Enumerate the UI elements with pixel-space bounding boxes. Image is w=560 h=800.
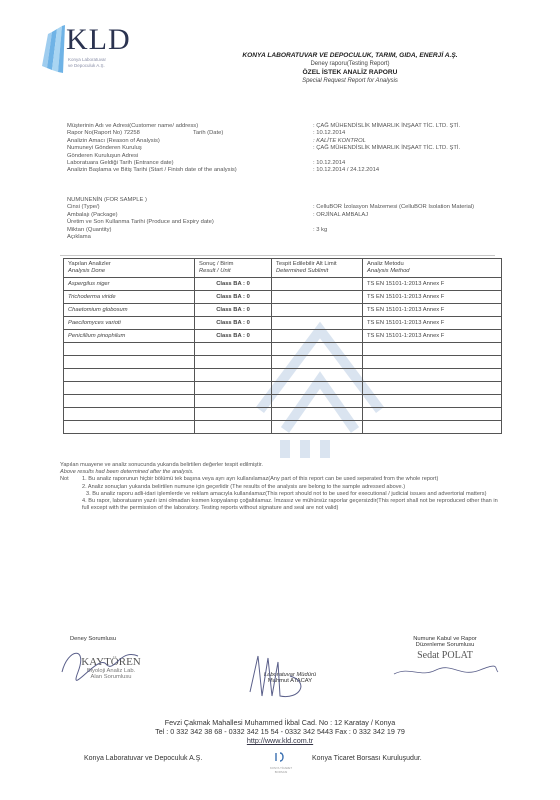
info-value-customer: : ÇAĞ MÜHENDİSLİK MİMARLIK İNŞAAT TİC. L… [313, 123, 533, 130]
signature-sample-acceptance: Numune Kabul ve Rapor Düzenleme Sorumlus… [390, 636, 500, 661]
empty-cell [64, 356, 195, 369]
info-label-sender: Numuneyi Gönderen Kuruluş [67, 145, 287, 152]
company-logo: KLD Konya Laboratuvar ve Depoculuk A.Ş. [38, 22, 148, 77]
sublimit-cell [272, 317, 363, 330]
notes-label: Not [60, 476, 69, 483]
empty-cell [272, 395, 363, 408]
empty-cell [272, 369, 363, 382]
col-header-tr: Analiz Metodu [367, 261, 497, 268]
date-label: Tarih (Date) [193, 130, 223, 137]
col-header-result: Sonuç / BirimResult / Unit [195, 259, 272, 278]
info-value-date: : 10.12.2014 [313, 130, 533, 137]
empty-cell [195, 343, 272, 356]
note-3: 3. Bu analiz raporu adli-idari işlemlerd… [60, 491, 500, 498]
sublimit-cell [272, 304, 363, 317]
footer-exchange: Konya Ticaret Borsası Kuruluşudur. [312, 755, 422, 762]
empty-cell [363, 343, 502, 356]
table-row: Penicillium pinophilumClass BA : 0TS EN … [64, 330, 502, 343]
method-cell: TS EN 15101-1:2013 Annex F [363, 304, 502, 317]
info-label-sender-address: Gönderen Kuruluşun Adresi [67, 153, 287, 160]
footer-address: Fevzi Çakmak Mahallesi Muhammed İkbal Ca… [60, 718, 500, 727]
empty-cell [64, 382, 195, 395]
empty-cell [363, 356, 502, 369]
table-row: Trichoderma virideClass BA : 0TS EN 1510… [64, 291, 502, 304]
analysis-cell: Aspergilus niger [64, 278, 195, 291]
empty-cell [64, 343, 195, 356]
table-row-empty [64, 395, 502, 408]
table-header-row: Yapılan AnalizlerAnalysis Done Sonuç / B… [64, 259, 502, 278]
empty-cell [195, 421, 272, 434]
empty-cell [272, 382, 363, 395]
result-cell: Class BA : 0 [195, 330, 272, 343]
report-title: ÖZEL İSTEK ANALİZ RAPORU [200, 69, 500, 77]
sample-value-package: : ORJİNAL AMBALAJ [313, 212, 474, 219]
empty-cell [272, 408, 363, 421]
method-cell: TS EN 15101-1:2013 Annex F [363, 278, 502, 291]
handwritten-signature-icon [390, 664, 500, 680]
col-header-en: Result / Unit [199, 268, 267, 275]
signature-lab-manager: Laboratuvar Müdürü Mahmut ATACAY [240, 672, 340, 684]
notes-intro-en: Above results had been determined after … [60, 469, 500, 476]
info-label-report-no: Rapor No(Raport No) 72258Tarih (Date) [67, 130, 287, 137]
report-header: KONYA LABORATUVAR VE DEPOCULUK, TARIM, G… [200, 52, 500, 86]
col-header-tr: Tespit Edilebilir Alt Limit [276, 261, 358, 268]
empty-cell [363, 421, 502, 434]
col-header-method: Analiz MetoduAnalysis Method [363, 259, 502, 278]
section-divider [60, 255, 495, 256]
empty-cell [64, 395, 195, 408]
results-table: Yapılan AnalizlerAnalysis Done Sonuç / B… [63, 258, 502, 434]
website-link[interactable]: http://www.kld.com.tr [247, 736, 313, 745]
analysis-cell: Paecilomyces varioti [64, 317, 195, 330]
sample-labels: NUMUNENİN (FOR SAMPLE ) Cinsi (Type/) Am… [67, 197, 214, 241]
info-value-sender-address [313, 153, 533, 160]
handwritten-signature-icon [240, 652, 320, 702]
empty-cell [363, 369, 502, 382]
empty-cell [272, 343, 363, 356]
handwritten-signature-icon [58, 642, 148, 682]
report-subtitle: Special Request Report for Analysis [200, 77, 500, 85]
col-header-en: Determined Sublimit [276, 268, 358, 275]
info-value-entrance-date: : 10.12.2014 [313, 160, 533, 167]
info-label-analysis-dates: Analizin Başlama ve Bitiş Tarihi (Start … [67, 167, 287, 174]
result-cell: Class BA : 0 [195, 304, 272, 317]
sample-label-description: Açıklama [67, 234, 214, 241]
sample-value-description [313, 234, 474, 241]
table-row: Chaetomium globosumClass BA : 0TS EN 151… [64, 304, 502, 317]
method-cell: TS EN 15101-1:2013 Annex F [363, 317, 502, 330]
company-name: KONYA LABORATUVAR VE DEPOCULUK, TARIM, G… [200, 52, 500, 60]
result-cell: Class BA : 0 [195, 278, 272, 291]
col-header-analysis: Yapılan AnalizlerAnalysis Done [64, 259, 195, 278]
method-cell: TS EN 15101-1:2013 Annex F [363, 330, 502, 343]
sublimit-cell [272, 291, 363, 304]
emblem-caption: KONYA TİCARET BORSASI [266, 766, 296, 774]
col-header-tr: Sonuç / Birim [199, 261, 267, 268]
empty-cell [195, 408, 272, 421]
sample-values: : CelluBOR İzolasyon Malzemesi (CelluBOR… [313, 197, 474, 241]
col-header-sublimit: Tespit Edilebilir Alt LimitDetermined Su… [272, 259, 363, 278]
empty-cell [64, 369, 195, 382]
footer-contact: Fevzi Çakmak Mahallesi Muhammed İkbal Ca… [60, 718, 500, 745]
info-label-reason: Analizin Amacı (Reason of Analysis) [67, 138, 287, 145]
sublimit-cell [272, 330, 363, 343]
result-cell: Class BA : 0 [195, 317, 272, 330]
method-cell: TS EN 15101-1:2013 Annex F [363, 291, 502, 304]
empty-cell [272, 421, 363, 434]
note-1: Not 1. Bu analiz raporunun hiçbir bölümü… [60, 476, 500, 483]
info-label-entrance-date: Laboratuara Geldiği Tarih (Entrance date… [67, 160, 287, 167]
empty-cell [195, 395, 272, 408]
table-row-empty [64, 421, 502, 434]
col-header-en: Analysis Method [367, 268, 497, 275]
logo-mark-icon [38, 24, 66, 74]
analysis-cell: Trichoderma viride [64, 291, 195, 304]
sample-value-quantity: : 3 kg [313, 227, 474, 234]
logo-subtitle-line2: ve Depoculuk A.Ş. [68, 63, 138, 69]
empty-cell [272, 356, 363, 369]
note-4: 4. Bu rapor, laboratuarın yazılı izni ol… [60, 498, 500, 512]
signature-title: Düzenleme Sorumlusu [390, 642, 500, 648]
sample-label-dates: Üretim ve Son Kullanma Tarihi (Produce a… [67, 219, 214, 226]
note-2: 2. Analiz sonuçları yukarıda belirtilen … [60, 484, 500, 491]
logo-brand: KLD [66, 24, 131, 56]
info-labels: Müşterinin Adı ve Adresi(Customer name/ … [67, 123, 287, 175]
document-type: Deney raporu(Testing Report) [200, 60, 500, 68]
info-label-customer: Müşterinin Adı ve Adresi(Customer name/ … [67, 123, 287, 130]
analysis-cell: Penicillium pinophilum [64, 330, 195, 343]
footer-company: Konya Laboratuvar ve Depoculuk A.Ş. [84, 755, 202, 762]
empty-cell [363, 395, 502, 408]
table-row: Aspergilus nigerClass BA : 0TS EN 15101-… [64, 278, 502, 291]
logo-subtitle: Konya Laboratuvar ve Depoculuk A.Ş. [68, 57, 138, 69]
sample-heading: NUMUNENİN (FOR SAMPLE ) [67, 197, 214, 204]
signature-name: Sedat POLAT [390, 650, 500, 661]
sample-label-type: Cinsi (Type/) [67, 204, 214, 211]
table-row-empty [64, 343, 502, 356]
empty-cell [363, 408, 502, 421]
col-header-en: Analysis Done [68, 268, 190, 275]
sample-value-type: : CelluBOR İzolasyon Malzemesi (CelluBOR… [313, 204, 474, 211]
empty-cell [64, 408, 195, 421]
signature-test-responsible: Deney Sorumlusu KAYTÖREN Biyoloji Analiz… [66, 636, 156, 680]
table-row: Paecilomyces variotiClass BA : 0TS EN 15… [64, 317, 502, 330]
exchange-emblem-icon [272, 751, 292, 765]
info-value-analysis-dates: : 10.12.2014 / 24.12.2014 [313, 167, 533, 174]
notes-intro-tr: Yapılan muayene ve analiz sonucunda yuka… [60, 462, 500, 469]
report-number: Rapor No(Raport No) 72258 [67, 130, 140, 136]
empty-cell [64, 421, 195, 434]
notes-section: Yapılan muayene ve analiz sonucunda yuka… [60, 462, 500, 512]
result-cell: Class BA : 0 [195, 291, 272, 304]
table-row-empty [64, 369, 502, 382]
table-row-empty [64, 408, 502, 421]
sample-value-dates [313, 219, 474, 226]
empty-cell [363, 382, 502, 395]
analysis-cell: Chaetomium globosum [64, 304, 195, 317]
table-row-empty [64, 382, 502, 395]
sublimit-cell [272, 278, 363, 291]
info-value-sender: : ÇAĞ MÜHENDİSLİK MİMARLIK İNŞAAT TİC. L… [313, 145, 533, 152]
note-item: 1. Bu analiz raporunun hiçbir bölümü tek… [60, 476, 500, 483]
empty-cell [195, 369, 272, 382]
col-header-tr: Yapılan Analizler [68, 261, 190, 268]
empty-cell [195, 382, 272, 395]
footer-phones: Tel : 0 332 342 38 68 - 0332 342 15 54 -… [60, 727, 500, 736]
sample-label-quantity: Miktarı (Quantity) [67, 227, 214, 234]
table-row-empty [64, 356, 502, 369]
info-values: : ÇAĞ MÜHENDİSLİK MİMARLIK İNŞAAT TİC. L… [313, 123, 533, 175]
empty-cell [195, 356, 272, 369]
